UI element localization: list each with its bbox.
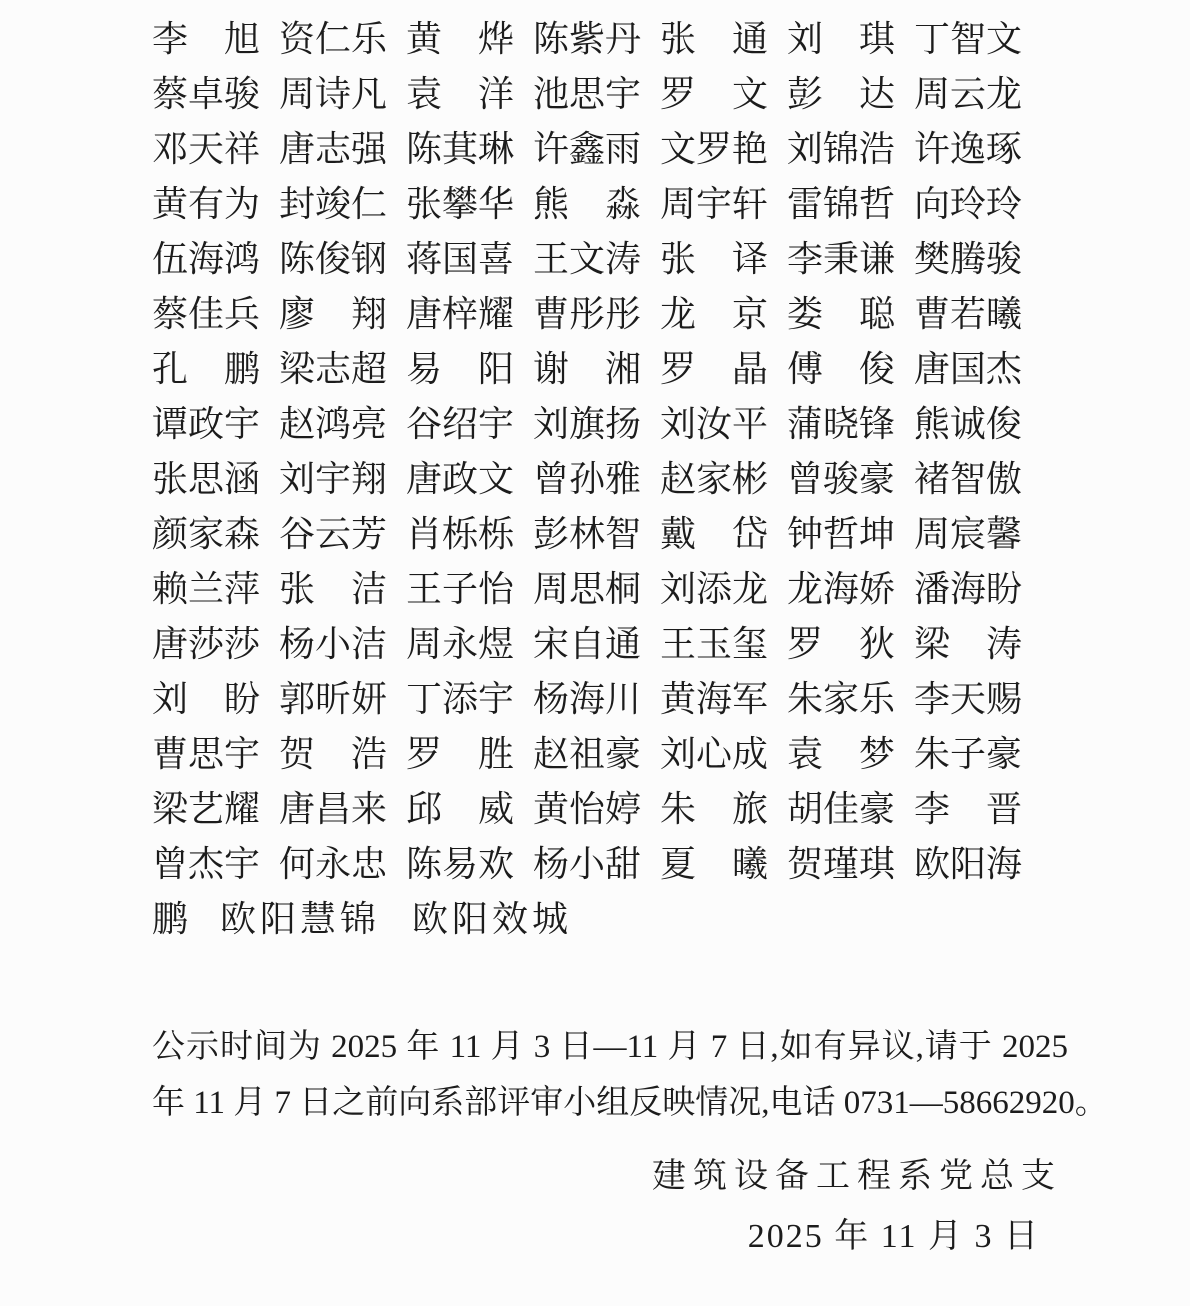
person-name: 贺浩 — [279, 727, 387, 782]
person-name: 曹思宇 — [152, 727, 260, 782]
name-row: 蔡卓骏周诗凡袁洋池思宇罗文彭达周云龙 — [152, 67, 1022, 122]
person-name: 陈萁琳 — [406, 122, 514, 177]
person-name: 许逸琢 — [914, 122, 1022, 177]
person-name: 蒋国喜 — [406, 232, 514, 287]
person-name: 周思桐 — [533, 562, 641, 617]
person-name: 贺瑾琪 — [787, 837, 895, 892]
signature-date: 2025 年 11 月 3 日 — [0, 1207, 1190, 1267]
person-name: 赵祖豪 — [533, 727, 641, 782]
person-name: 邱威 — [406, 782, 514, 837]
person-name: 周诗凡 — [279, 67, 387, 122]
person-name: 肖栎栎 — [406, 507, 514, 562]
person-name: 欧阳海 — [914, 837, 1022, 892]
person-name: 黄烨 — [406, 12, 514, 67]
person-name: 谭政宇 — [152, 397, 260, 452]
person-name: 周宇轩 — [660, 177, 768, 232]
person-name: 王玉玺 — [660, 617, 768, 672]
person-name: 刘旗扬 — [533, 397, 641, 452]
person-name: 谷绍宇 — [406, 397, 514, 452]
person-name: 赵鸿亮 — [279, 397, 387, 452]
person-name: 罗狄 — [787, 617, 895, 672]
person-name: 龙京 — [660, 287, 768, 342]
person-name: 蔡佳兵 — [152, 287, 260, 342]
signature-block: 建筑设备工程系党总支 2025 年 11 月 3 日 — [0, 1147, 1190, 1267]
person-name: 丁添宇 — [406, 672, 514, 727]
person-name: 何永忠 — [279, 837, 387, 892]
name-row: 蔡佳兵廖翔唐梓耀曹彤彤龙京娄聪曹若曦 — [152, 287, 1022, 342]
person-name: 曹若曦 — [914, 287, 1022, 342]
person-name: 龙海娇 — [787, 562, 895, 617]
person-name: 许鑫雨 — [533, 122, 641, 177]
name-row: 曾杰宇何永忠陈易欢杨小甜夏曦贺瑾琪欧阳海 — [152, 837, 1022, 892]
person-name: 欧阳效城 — [412, 892, 572, 947]
person-name: 廖翔 — [279, 287, 387, 342]
person-name: 樊腾骏 — [914, 232, 1022, 287]
person-name: 刘心成 — [660, 727, 768, 782]
person-name: 唐国杰 — [914, 342, 1022, 397]
name-row: 鹏欧阳慧锦欧阳效城 — [152, 892, 1022, 947]
person-name: 伍海鸿 — [152, 232, 260, 287]
name-row: 李旭资仁乐黄烨陈紫丹张通刘琪丁智文 — [152, 12, 1022, 67]
person-name: 潘海盼 — [914, 562, 1022, 617]
person-name: 张洁 — [279, 562, 387, 617]
person-name: 杨海川 — [533, 672, 641, 727]
name-row: 刘盼郭昕妍丁添宇杨海川黄海军朱家乐李天赐 — [152, 672, 1022, 727]
person-name: 丁智文 — [914, 12, 1022, 67]
person-name: 陈俊钢 — [279, 232, 387, 287]
person-name: 张译 — [660, 232, 768, 287]
notice-line-1: 公示时间为 2025 年 11 月 3 日—11 月 7 日,如有异议,请于 2… — [152, 1019, 1068, 1075]
person-name: 鹏 — [152, 892, 188, 947]
person-name: 唐政文 — [406, 452, 514, 507]
person-name: 封竣仁 — [279, 177, 387, 232]
name-row: 孔鹏梁志超易阳谢湘罗晶傅俊唐国杰 — [152, 342, 1022, 397]
name-row: 黄有为封竣仁张攀华熊淼周宇轩雷锦哲向玲玲 — [152, 177, 1022, 232]
person-name: 黄怡婷 — [533, 782, 641, 837]
person-name: 刘添龙 — [660, 562, 768, 617]
person-name: 宋自通 — [533, 617, 641, 672]
person-name: 梁艺耀 — [152, 782, 260, 837]
person-name: 谢湘 — [533, 342, 641, 397]
person-name: 梁志超 — [279, 342, 387, 397]
name-row: 邓天祥唐志强陈萁琳许鑫雨文罗艳刘锦浩许逸琢 — [152, 122, 1022, 177]
person-name: 戴岱 — [660, 507, 768, 562]
person-name: 杨小甜 — [533, 837, 641, 892]
person-name: 周宸馨 — [914, 507, 1022, 562]
person-name: 朱子豪 — [914, 727, 1022, 782]
person-name: 李晋 — [914, 782, 1022, 837]
person-name: 罗文 — [660, 67, 768, 122]
person-name: 傅俊 — [787, 342, 895, 397]
person-name: 刘琪 — [787, 12, 895, 67]
person-name: 黄有为 — [152, 177, 260, 232]
person-name: 李天赐 — [914, 672, 1022, 727]
person-name: 胡佳豪 — [787, 782, 895, 837]
name-row: 伍海鸿陈俊钢蒋国喜王文涛张译李秉谦樊腾骏 — [152, 232, 1022, 287]
person-name: 娄聪 — [787, 287, 895, 342]
signature-org: 建筑设备工程系党总支 — [0, 1147, 1190, 1207]
person-name: 唐梓耀 — [406, 287, 514, 342]
person-name: 颜家森 — [152, 507, 260, 562]
person-name: 朱家乐 — [787, 672, 895, 727]
person-name: 谷云芳 — [279, 507, 387, 562]
person-name: 蔡卓骏 — [152, 67, 260, 122]
person-name: 朱旅 — [660, 782, 768, 837]
person-name: 雷锦哲 — [787, 177, 895, 232]
person-name: 熊诚俊 — [914, 397, 1022, 452]
person-name: 周永煜 — [406, 617, 514, 672]
person-name: 向玲玲 — [914, 177, 1022, 232]
name-roster: 李旭资仁乐黄烨陈紫丹张通刘琪丁智文蔡卓骏周诗凡袁洋池思宇罗文彭达周云龙邓天祥唐志… — [0, 0, 1190, 947]
person-name: 夏曦 — [660, 837, 768, 892]
person-name: 刘盼 — [152, 672, 260, 727]
person-name: 梁涛 — [914, 617, 1022, 672]
name-row: 唐莎莎杨小洁周永煜宋自通王玉玺罗狄梁涛 — [152, 617, 1022, 672]
person-name: 赖兰萍 — [152, 562, 260, 617]
person-name: 刘汝平 — [660, 397, 768, 452]
person-name: 张通 — [660, 12, 768, 67]
person-name: 孔鹏 — [152, 342, 260, 397]
person-name: 李旭 — [152, 12, 260, 67]
person-name: 曾骏豪 — [787, 452, 895, 507]
person-name: 陈易欢 — [406, 837, 514, 892]
person-name: 周云龙 — [914, 67, 1022, 122]
person-name: 黄海军 — [660, 672, 768, 727]
person-name: 彭达 — [787, 67, 895, 122]
person-name: 唐莎莎 — [152, 617, 260, 672]
person-name: 池思宇 — [533, 67, 641, 122]
person-name: 熊淼 — [533, 177, 641, 232]
person-name: 曹彤彤 — [533, 287, 641, 342]
person-name: 赵家彬 — [660, 452, 768, 507]
person-name: 刘锦浩 — [787, 122, 895, 177]
person-name: 李秉谦 — [787, 232, 895, 287]
person-name: 曾杰宇 — [152, 837, 260, 892]
person-name: 罗胜 — [406, 727, 514, 782]
name-row: 曹思宇贺浩罗胜赵祖豪刘心成袁梦朱子豪 — [152, 727, 1022, 782]
person-name: 褚智傲 — [914, 452, 1022, 507]
person-name: 杨小洁 — [279, 617, 387, 672]
person-name: 文罗艳 — [660, 122, 768, 177]
notice-paragraph: 公示时间为 2025 年 11 月 3 日—11 月 7 日,如有异议,请于 2… — [152, 1019, 1068, 1131]
person-name: 易阳 — [406, 342, 514, 397]
person-name: 郭昕妍 — [279, 672, 387, 727]
public-notice-page: 李旭资仁乐黄烨陈紫丹张通刘琪丁智文蔡卓骏周诗凡袁洋池思宇罗文彭达周云龙邓天祥唐志… — [0, 0, 1190, 1306]
person-name: 王子怡 — [406, 562, 514, 617]
person-name: 曾孙雅 — [533, 452, 641, 507]
person-name: 欧阳慧锦 — [220, 892, 380, 947]
person-name: 资仁乐 — [279, 12, 387, 67]
name-row: 赖兰萍张洁王子怡周思桐刘添龙龙海娇潘海盼 — [152, 562, 1022, 617]
name-row: 颜家森谷云芳肖栎栎彭林智戴岱钟哲坤周宸馨 — [152, 507, 1022, 562]
person-name: 袁洋 — [406, 67, 514, 122]
person-name: 彭林智 — [533, 507, 641, 562]
person-name: 王文涛 — [533, 232, 641, 287]
person-name: 罗晶 — [660, 342, 768, 397]
person-name: 唐志强 — [279, 122, 387, 177]
name-row: 张思涵刘宇翔唐政文曾孙雅赵家彬曾骏豪褚智傲 — [152, 452, 1022, 507]
person-name: 张攀华 — [406, 177, 514, 232]
person-name: 陈紫丹 — [533, 12, 641, 67]
person-name: 钟哲坤 — [787, 507, 895, 562]
person-name: 唐昌来 — [279, 782, 387, 837]
person-name: 张思涵 — [152, 452, 260, 507]
notice-line-2: 年 11 月 7 日之前向系部评审小组反映情况,电话 0731—58662920… — [152, 1075, 1068, 1131]
name-row: 梁艺耀唐昌来邱威黄怡婷朱旅胡佳豪李晋 — [152, 782, 1022, 837]
person-name: 刘宇翔 — [279, 452, 387, 507]
person-name: 蒲晓锋 — [787, 397, 895, 452]
person-name: 袁梦 — [787, 727, 895, 782]
person-name: 邓天祥 — [152, 122, 260, 177]
name-row: 谭政宇赵鸿亮谷绍宇刘旗扬刘汝平蒲晓锋熊诚俊 — [152, 397, 1022, 452]
